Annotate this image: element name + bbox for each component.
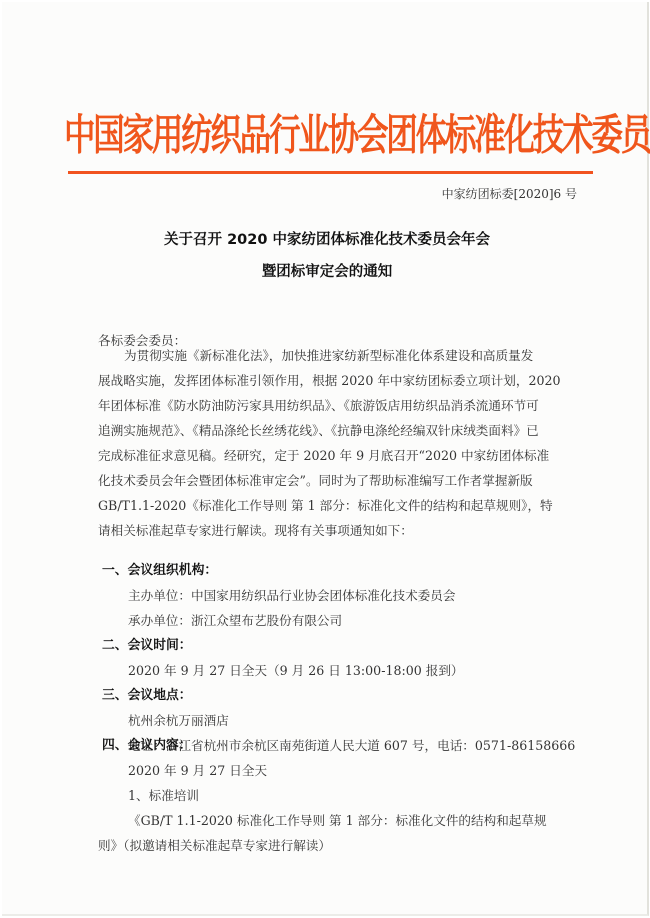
organization-letterhead: 中国家用纺织品行业协会团体标准化技术委员会 xyxy=(64,98,604,174)
paragraph-line: 完成标准征求意见稿。经研究，定于 2020 年 9 月底召开“2020 中家纺团… xyxy=(98,443,560,468)
intro-paragraph: 为贯彻实施《新标准化法》，加快推进家纺新型标准化体系建设和高质量发 展战略实施，… xyxy=(98,343,560,543)
section-line: 承办单位：浙江众望布艺股份有限公司 xyxy=(102,608,564,633)
section-line: 2020 年 9 月 27 日全天 xyxy=(102,758,564,783)
paragraph-line: 展战略实施，发挥团体标准引领作用，根据 2020 年中家纺团标委立项计划，202… xyxy=(98,368,560,393)
section-heading: 四、会议内容： xyxy=(102,733,564,758)
notice-title-line-2: 暨团标审定会的通知 xyxy=(2,260,650,281)
section-line: 《GB/T 1.1-2020 标准化工作导则 第 1 部分：标准化文件的结构和起… xyxy=(102,808,564,833)
letterhead-divider xyxy=(68,171,593,174)
section-heading: 一、会议组织机构： xyxy=(102,558,564,583)
notice-title-line-1: 关于召开 2020 中家纺团体标准化技术委员会年会 xyxy=(2,228,650,249)
paragraph-line: 化技术委员会年会暨团体标准审定会”。同时为了帮助标准编写工作者掌握新版 xyxy=(98,468,560,493)
section-heading: 二、会议时间： xyxy=(102,633,564,658)
section-line: 2020 年 9 月 27 日全天（9 月 26 日 13:00-18:00 报… xyxy=(102,658,564,683)
section-line: 杭州余杭万丽酒店 xyxy=(102,708,564,733)
document-page: 中国家用纺织品行业协会团体标准化技术委员会 中家纺团标委[2020]6 号 关于… xyxy=(2,2,649,916)
section-content: 四、会议内容： 2020 年 9 月 27 日全天 1、标准培训 《GB/T 1… xyxy=(102,733,564,858)
section-line: 主办单位：中国家用纺织品行业协会团体标准化技术委员会 xyxy=(102,583,564,608)
section-line: 1、标准培训 xyxy=(102,783,564,808)
paragraph-line: GB/T1.1-2020《标准化工作导则 第 1 部分：标准化文件的结构和起草规… xyxy=(98,493,560,518)
section-line: 则》（拟邀请相关标准起草专家进行解读） xyxy=(98,833,564,858)
section-heading: 三、会议地点： xyxy=(102,683,564,708)
paragraph-line: 请相关标准起草专家进行解读。现将有关事项通知如下： xyxy=(98,518,560,543)
paragraph-line: 年团体标准《防水防油防污家具用纺织品》、《旅游饭店用纺织品消杀流通环节可 xyxy=(98,393,560,418)
paragraph-line: 为贯彻实施《新标准化法》，加快推进家纺新型标准化体系建设和高质量发 xyxy=(98,343,560,368)
document-number: 中家纺团标委[2020]6 号 xyxy=(442,185,577,202)
section-organizers: 一、会议组织机构： 主办单位：中国家用纺织品行业协会团体标准化技术委员会 承办单… xyxy=(102,558,564,633)
paragraph-line: 追溯实施规范》、《精品涤纶长丝绣花线》、《抗静电涤纶经编双针床绒类面料》已 xyxy=(98,418,560,443)
section-time: 二、会议时间： 2020 年 9 月 27 日全天（9 月 26 日 13:00… xyxy=(102,633,564,683)
